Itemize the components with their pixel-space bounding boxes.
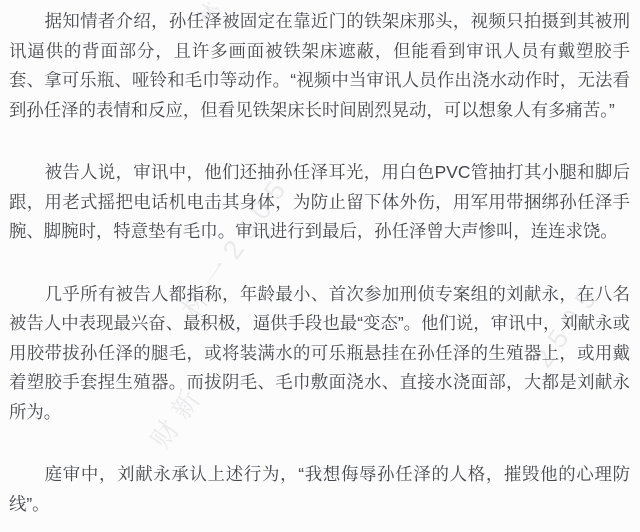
paragraph-3: 几乎所有被告人都指称，年龄最小、首次参加刑侦专案组的刘献永，在八名被告人中表现最… [9,280,630,428]
paragraph-4: 庭审中，刘献永承认上述行为，“我想侮辱孙任泽的人格，摧毁他的心理防线”。 [9,460,630,519]
paragraph-1: 据知情者介绍，孙任泽被固定在靠近门的铁架床那头，视频只拍摄到其被刑讯逼供的背面部… [9,7,630,125]
paragraph-2: 被告人说，审讯中，他们还抽孙任泽耳光，用白色PVC管抽打其小腿和脚后跟，用老式摇… [9,158,630,247]
article-body: 据知情者介绍，孙任泽被固定在靠近门的铁架床那头，视频只拍摄到其被刑讯逼供的背面部… [0,0,640,519]
article-page: 林一2505 财新 2505 林 据知情者介绍，孙任泽被固定在靠近门的铁架床那头… [0,0,640,532]
